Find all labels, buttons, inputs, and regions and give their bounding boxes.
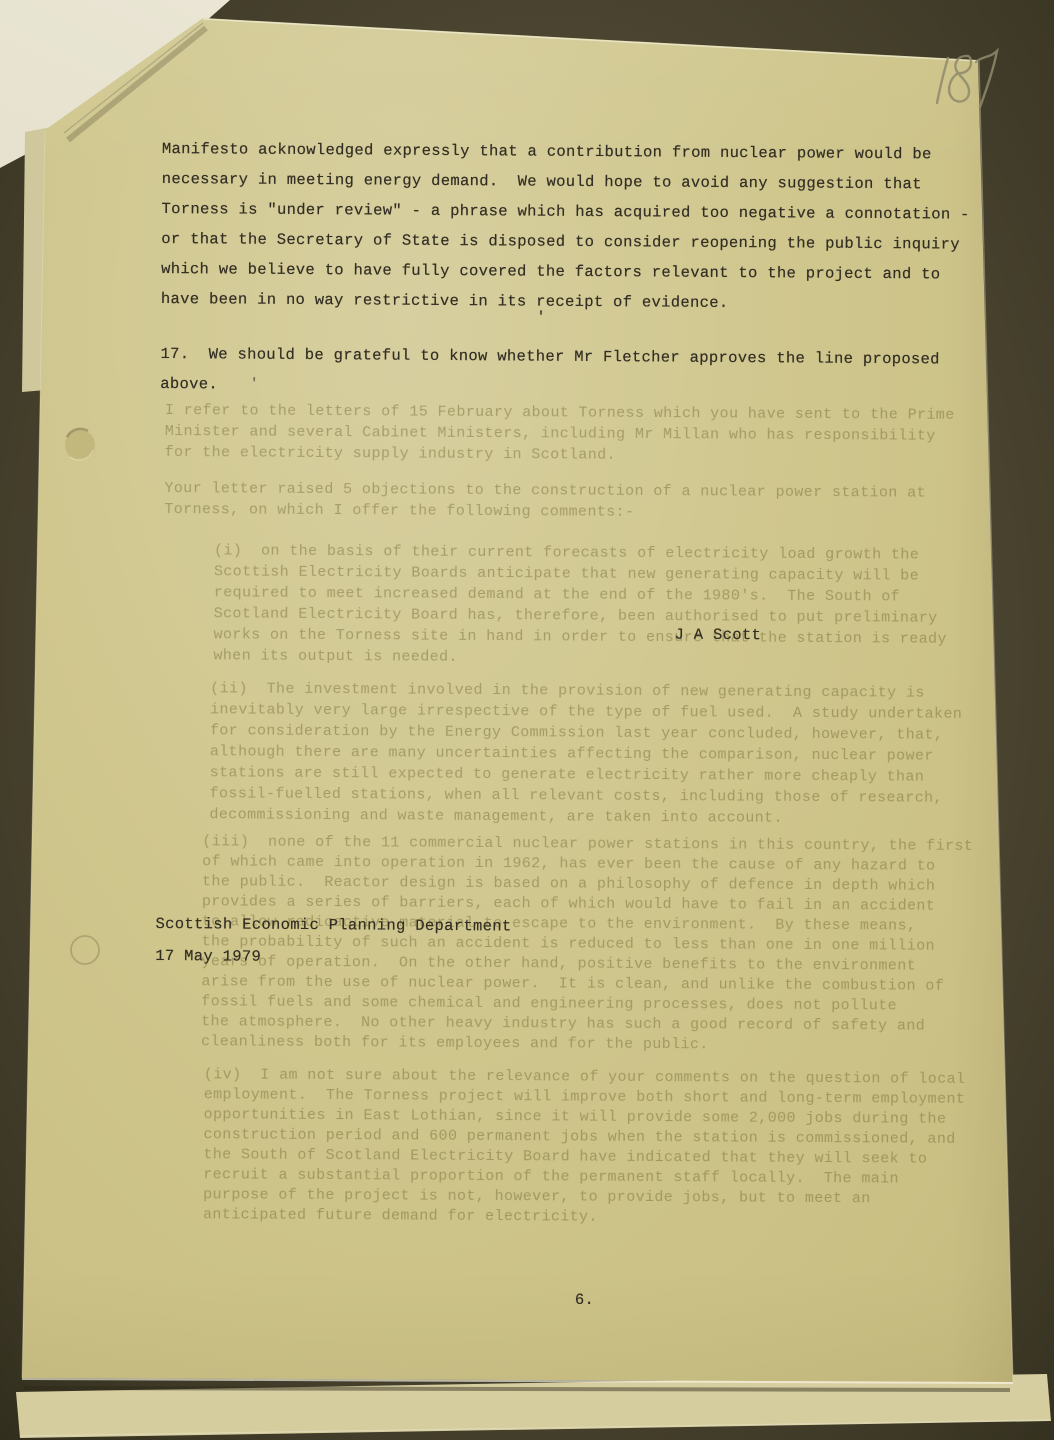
document-page: I refer to the letters of 15 February ab… — [0, 0, 1054, 1440]
archive-photo-background: I refer to the letters of 15 February ab… — [0, 0, 1054, 1440]
date-line: 17 May 1979 — [155, 941, 261, 972]
page-number-footer: 6. — [575, 1285, 594, 1315]
signature-name: J A Scott — [674, 620, 761, 651]
paragraph-manifesto: Manifesto acknowledged expressly that a … — [161, 134, 970, 320]
paragraph-17: 17. We should be grateful to know whethe… — [160, 339, 940, 404]
stray-ink-mark-2: ' — [250, 369, 258, 399]
department-line: Scottish Economic Planning Department — [155, 909, 511, 941]
stray-ink-mark: ' — [537, 303, 546, 333]
typed-text-layer: Manifesto acknowledged expressly that a … — [0, 0, 1054, 1440]
